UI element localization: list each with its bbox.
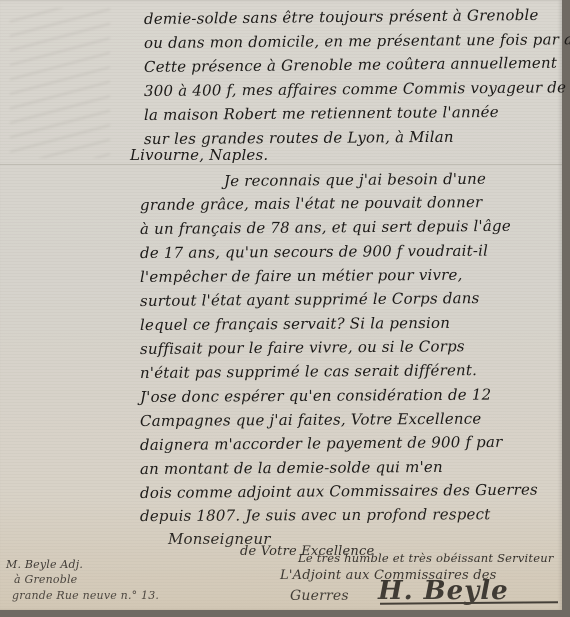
letter-paper: demie-solde sans être toujours présent à… <box>0 0 562 610</box>
letter-line-8: Je reconnais que j'ai besoin d'une <box>224 170 486 190</box>
letter-line-3: Cette présence à Grenoble me coûtera ann… <box>144 54 557 76</box>
letter-line-17: J'ose donc espérer qu'en considération d… <box>140 386 491 406</box>
letter-line-4: 300 à 400 f, mes affaires comme Commis v… <box>144 78 566 100</box>
letter-line-9: grande grâce, mais l'état ne pouvait don… <box>140 193 483 214</box>
letter-line-5: la maison Robert me retiennent toute l'a… <box>144 103 499 124</box>
letter-line-18: Campagnes que j'ai faites, Votre Excelle… <box>140 410 482 430</box>
letter-line-14: lequel ce français servait? Si la pensio… <box>140 314 450 334</box>
letter-line-21: dois comme adjoint aux Commissaires des … <box>140 481 538 502</box>
letter-line-2: ou dans mon domicile, en me présentant u… <box>144 30 570 52</box>
address-line-2: à Grenoble <box>14 573 77 586</box>
address-line-1: M. Beyle Adj. <box>6 558 83 571</box>
letter-line-13: surtout l'état ayant supprimé le Corps d… <box>140 289 480 310</box>
letter-line-20: an montant de la demie-solde qui m'en <box>140 458 443 478</box>
letter-line-1: demie-solde sans être toujours présent à… <box>144 6 539 28</box>
closing-title-line-2: Guerres <box>290 588 349 604</box>
closing-servant-line: Le très humble et très obéissant Servite… <box>298 551 554 565</box>
letter-line-16: n'était pas supprimé le cas serait diffé… <box>140 361 477 382</box>
letter-line-12: l'empêcher de faire un métier pour vivre… <box>140 266 463 286</box>
letter-line-22: depuis 1807. Je suis avec un profond res… <box>140 505 491 525</box>
letter-line-19: daignera m'accorder le payement de 900 f… <box>140 433 503 454</box>
letter-line-6: sur les grandes routes de Lyon, à Milan <box>144 128 454 148</box>
letter-line-15: suffisait pour le faire vivre, ou si le … <box>140 337 465 358</box>
letter-line-7: Livourne, Naples. <box>130 146 268 164</box>
paper-fold <box>0 164 562 165</box>
ink-bleed-through <box>10 8 110 158</box>
address-line-3: grande Rue neuve n.° 13. <box>12 589 159 602</box>
letter-line-10: à un français de 78 ans, et qui sert dep… <box>140 217 511 238</box>
letter-line-11: de 17 ans, qu'un secours de 900 f voudra… <box>140 242 488 262</box>
